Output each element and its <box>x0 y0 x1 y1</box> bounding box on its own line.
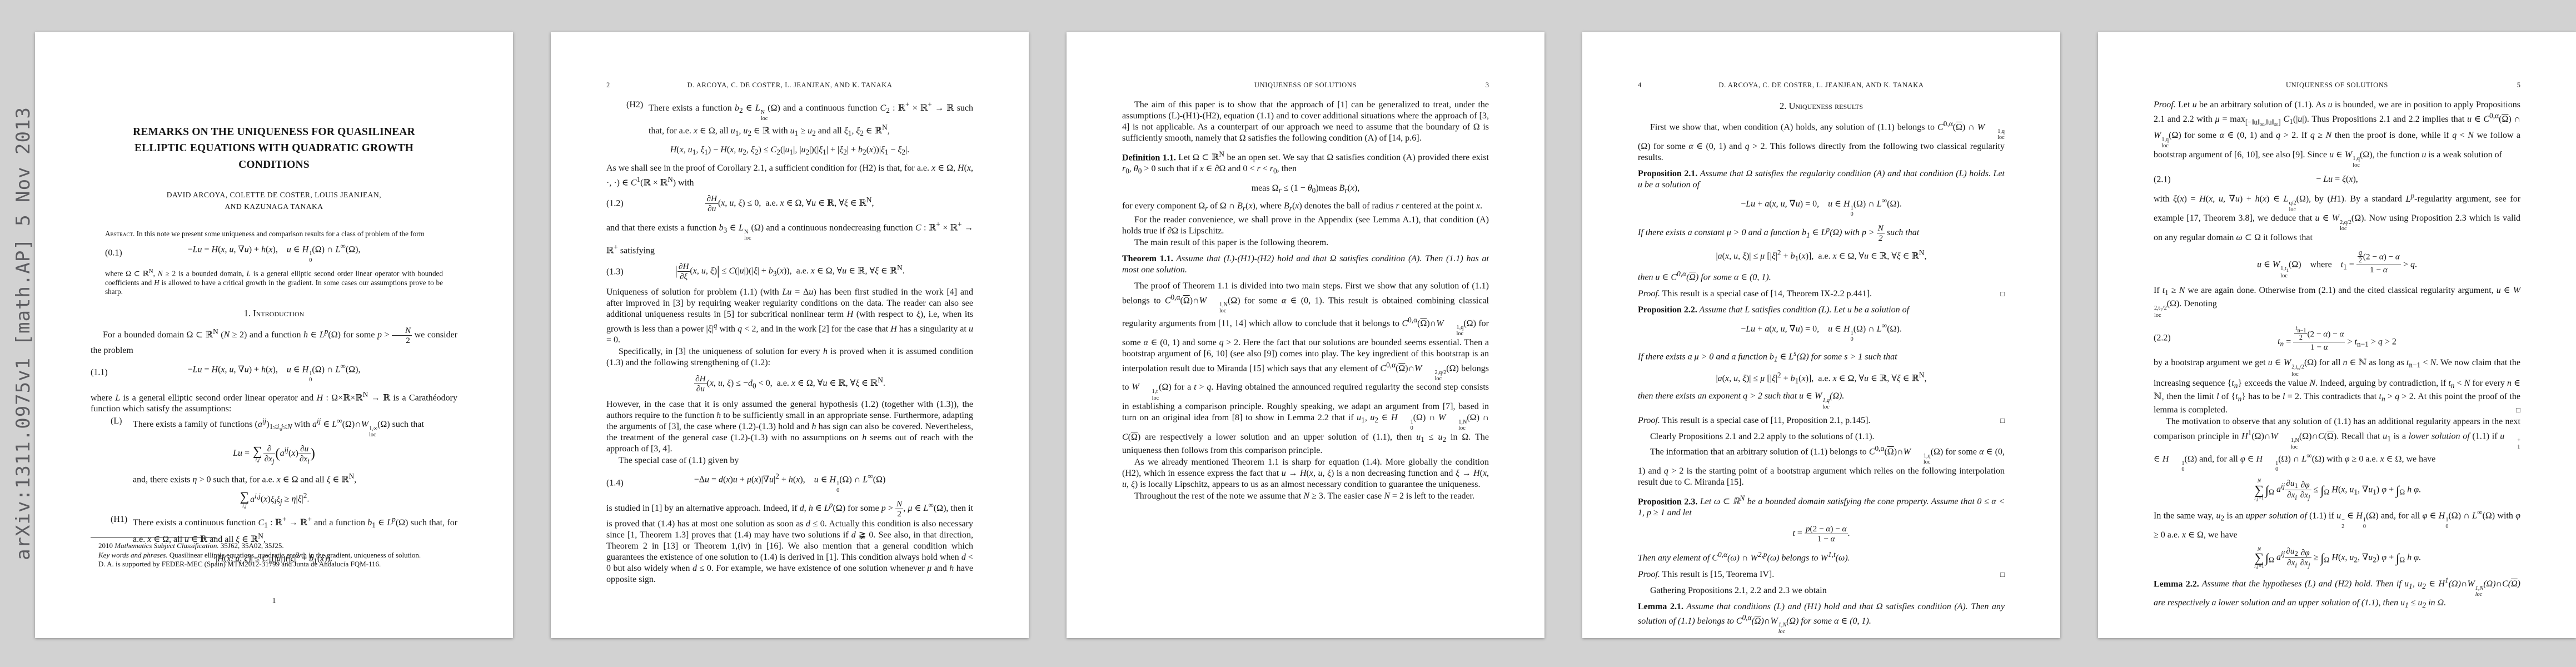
equation-tag: (2.1) <box>2154 174 2171 185</box>
item-text: There exists a family of functions (aij)… <box>133 420 424 429</box>
proof-text: Let u be an arbitrary solution of (1.1).… <box>2154 100 2520 160</box>
equation-tag: (1.3) <box>606 266 624 277</box>
display-equation: N∑i,j=1∫Ω aij∂u2∂xi∂φ∂xj ≥ ∫Ω H(x, u2, ∇… <box>2154 546 2520 569</box>
qed-symbol: □ <box>2000 569 2005 580</box>
display-equation: meas Ωr ≤ (1 − θ0)meas Br(x), <box>1122 183 1489 195</box>
screenshot-root: { "background": "#d2d2d2", "watermark": … <box>0 0 2576 667</box>
paragraph: However, in the case that it is only ass… <box>606 399 973 455</box>
paragraph: The main result of this paper is the fol… <box>1122 237 1489 248</box>
paragraph: then u ∈ C0,α(Ω) for some α ∈ (0, 1). <box>1638 268 2005 283</box>
paragraph: where L is a general elliptic second ord… <box>91 389 457 415</box>
theorem-block: Theorem 1.1. Assume that (L)-(H1)-(H2) h… <box>1122 253 1489 276</box>
display-equation: H(x, u1, ξ1) − H(x, u2, ξ2) ≤ C2(|u1|, |… <box>606 145 973 157</box>
equation-content: t = p(2 − α) − α1 − α. <box>1792 524 1850 544</box>
proof-text: This result is a special case of [11, Pr… <box>1660 416 1871 425</box>
equation-content: −Lu + a(x, u, ∇u) = 0, u ∈ H10(Ω) ∩ L∞(Ω… <box>1741 321 1902 343</box>
paper-authors: DAVID ARCOYA, COLETTE DE COSTER, LOUIS J… <box>91 190 457 213</box>
paragraph: Specifically, in [3] the uniqueness of s… <box>606 346 973 369</box>
equation-content: N∑i,j=1∫Ω aij∂u2∂xi∂φ∂xj ≥ ∫Ω H(x, u2, ∇… <box>2253 546 2421 569</box>
footnote-line: Key words and phrases. Quasilinear ellip… <box>91 551 457 560</box>
running-header: UNIQUENESS OF SOLUTIONS5 <box>2154 81 2520 89</box>
qed-symbol: □ <box>2516 405 2520 416</box>
theorem-block: Proposition 2.3. Let ω ⊂ ℝN be a bounded… <box>1638 493 2005 519</box>
running-head-title: UNIQUENESS OF SOLUTIONS <box>2179 81 2495 89</box>
paragraph: If there exists a constant μ > 0 and a f… <box>1638 223 2005 243</box>
paragraph: by a bootstrap argument we get u ∈ W2,tn… <box>2154 357 2520 416</box>
section-heading: 2. Uniqueness results <box>1638 101 2005 112</box>
equation-content: −Lu = H(x, u, ∇u) + h(x), u ∈ H10(Ω) ∩ L… <box>188 242 361 263</box>
page-2: 2D. ARCOYA, C. DE COSTER, L. JEANJEAN, A… <box>551 32 1029 638</box>
theorem-label: Proposition 2.3. <box>1638 497 1697 506</box>
display-equation: |a(x, u, ξ)| ≤ μ [|ξ|2 + b1(x)], a.e. x … <box>1638 371 2005 386</box>
display-equation: |a(x, u, ξ)| ≤ μ [|ξ|2 + b1(x)], a.e. x … <box>1638 248 2005 263</box>
paragraph: The proof of Theorem 1.1 is divided into… <box>1122 281 1489 456</box>
equation-content: tn = tn−12(2 − α) − α1 − α > tn−1 > q > … <box>2278 325 2396 352</box>
equation-content: |∂H∂ξ(x, u, ξ)| ≤ C(|u|)(|ξ| + b3(x)), a… <box>675 262 904 281</box>
paragraph: The special case of (1.1) given by <box>606 455 973 466</box>
qed-symbol: □ <box>2000 415 2005 426</box>
arxiv-watermark: arXiv:1311.0975v1 [math.AP] 5 Nov 2013 <box>12 107 34 560</box>
page-5: UNIQUENESS OF SOLUTIONS5Proof. Let u be … <box>2098 32 2576 638</box>
running-head-title: D. ARCOYA, C. DE COSTER, L. JEANJEAN, AN… <box>1663 81 1979 89</box>
paragraph: The motivation to observe that any solut… <box>2154 416 2520 473</box>
header-page-number-right: 5 <box>2495 81 2520 89</box>
equation-content: ∑i,jai,j(x)ξiξj ≥ η|ξ|2. <box>239 491 310 508</box>
equation-content: ∂H∂u(x, u, ξ) ≤ 0, a.e. x ∈ Ω, ∀u ∈ ℝ, ∀… <box>705 194 874 213</box>
hypothesis-item: (H2)There exists a function b2 ∈ LNloc(Ω… <box>606 99 973 139</box>
display-equation: (1.3)|∂H∂ξ(x, u, ξ)| ≤ C(|u|)(|ξ| + b3(x… <box>606 262 973 281</box>
equation-content: N∑i,j=1∫Ω aij∂u1∂xi∂φ∂xj ≤ ∫Ω H(x, u1, ∇… <box>2253 479 2421 501</box>
equation-content: meas Ωr ≤ (1 − θ0)meas Br(x), <box>1252 183 1360 195</box>
theorem-block: Definition 1.1. Let Ω ⊂ ℝN be an open se… <box>1122 149 1489 177</box>
header-page-number-right: 3 <box>1463 81 1489 89</box>
proof-block: Proof. This result is a special case of … <box>1638 288 2005 300</box>
paragraph: for every component Ωr of Ω ∩ Br(x), whe… <box>1122 201 1489 214</box>
running-header: 4D. ARCOYA, C. DE COSTER, L. JEANJEAN, A… <box>1638 81 2005 89</box>
qed-symbol: □ <box>2000 288 2005 300</box>
equation-tag: (2.2) <box>2154 333 2171 344</box>
display-equation: (1.2)∂H∂u(x, u, ξ) ≤ 0, a.e. x ∈ Ω, ∀u ∈… <box>606 194 973 213</box>
paragraph: is studied in [1] by an alternative appr… <box>606 499 973 585</box>
display-equation: Lu = ∑i,j∂∂xj(aij(x)∂u∂xi) <box>91 444 457 465</box>
footnote-line: D. A. is supported by FEDER-MEC (Spain) … <box>91 560 457 569</box>
proof-block: Proof. This result is [15, Teorema IV].□ <box>1638 569 2005 580</box>
display-equation: (0.1)−Lu = H(x, u, ∇u) + h(x), u ∈ H10(Ω… <box>105 242 443 263</box>
display-equation: (1.1)−Lu = H(x, u, ∇u) + h(x), u ∈ H10(Ω… <box>91 362 457 384</box>
page-inner: 2D. ARCOYA, C. DE COSTER, L. JEANJEAN, A… <box>551 32 1029 585</box>
theorem-text: Assume that L satisfies condition (L). L… <box>1697 305 1909 315</box>
theorem-label: Lemma 2.1. <box>1638 602 1683 611</box>
proof-block: Proof. Let u be an arbitrary solution of… <box>2154 99 2520 168</box>
paragraph: As we already mentioned Theorem 1.1 is s… <box>1122 457 1489 490</box>
equation-content: ∂H∂u(x, u, ξ) ≤ −d0 < 0, a.e. x ∈ Ω, ∀u … <box>694 374 885 394</box>
page-inner: 4D. ARCOYA, C. DE COSTER, L. JEANJEAN, A… <box>1582 32 2060 635</box>
section-heading: 1. Introduction <box>91 308 457 319</box>
paragraph: For the reader convenience, we shall pro… <box>1122 215 1489 237</box>
paragraph: then there exists an exponent q > 2 such… <box>1638 391 2005 410</box>
paragraph: Clearly Propositions 2.1 and 2.2 apply t… <box>1638 431 2005 442</box>
proof-label: Proof. <box>1638 289 1660 298</box>
equation-content: − Lu = ξ(x), <box>2316 174 2358 185</box>
equation-tag: (1.4) <box>606 477 624 488</box>
paragraph: First we show that, when condition (A) h… <box>1638 118 2005 163</box>
display-equation: N∑i,j=1∫Ω aij∂u1∂xi∂φ∂xj ≤ ∫Ω H(x, u1, ∇… <box>2154 479 2520 501</box>
footnote-block: 2010 Mathematics Subject Classification.… <box>91 537 457 569</box>
paragraph: The information that an arbitrary soluti… <box>1638 443 2005 488</box>
abstract-text: where Ω ⊂ ℝN, N ≥ 2 is a bounded domain,… <box>105 267 443 297</box>
proof-block: Proof. This result is a special case of … <box>1638 415 2005 426</box>
theorem-text: Assume that the hypotheses (L) and (H2) … <box>2154 579 2520 608</box>
theorem-label: Lemma 2.2. <box>2154 579 2199 589</box>
running-head-title: UNIQUENESS OF SOLUTIONS <box>1148 81 1463 89</box>
proof-label: Proof. <box>2154 100 2176 109</box>
display-equation: −Lu + a(x, u, ∇u) = 0, u ∈ H10(Ω) ∩ L∞(Ω… <box>1638 321 2005 343</box>
paragraph: As we shall see in the proof of Corollar… <box>606 163 973 188</box>
equation-content: −Lu = H(x, u, ∇u) + h(x), u ∈ H10(Ω) ∩ L… <box>188 362 361 384</box>
theorem-text: Assume that (L)-(H1)-(H2) hold and that … <box>1122 254 1489 275</box>
running-header: UNIQUENESS OF SOLUTIONS3 <box>1122 81 1489 89</box>
theorem-block: Lemma 2.1. Assume that conditions (L) an… <box>1638 601 2005 635</box>
paragraph: If there exists a μ > 0 and a function b… <box>1638 348 2005 365</box>
paragraph: In the same way, u2 is an upper solution… <box>2154 507 2520 541</box>
paragraph: If t1 ≥ N we are again done. Otherwise f… <box>2154 285 2520 319</box>
display-equation: u ∈ W1,t1loc(Ω) where t1 = q2(2 − α) − α… <box>2154 249 2520 280</box>
running-head-title: D. ARCOYA, C. DE COSTER, L. JEANJEAN, AN… <box>632 81 948 89</box>
page-4: 4D. ARCOYA, C. DE COSTER, L. JEANJEAN, A… <box>1582 32 2060 638</box>
theorem-block: Proposition 2.1. Assume that Ω satisfies… <box>1638 168 2005 191</box>
theorem-label: Theorem 1.1. <box>1122 254 1173 263</box>
theorem-label: Proposition 2.1. <box>1638 169 1697 178</box>
paper-title: REMARKS ON THE UNIQUENESS FOR QUASILINEA… <box>91 124 457 173</box>
theorem-label: Proposition 2.2. <box>1638 305 1697 315</box>
paragraph: The aim of this paper is to show that th… <box>1122 99 1489 144</box>
bottom-page-number: 1 <box>35 597 513 606</box>
paragraph: Then any element of C0,α(ω) ∩ W2,p(ω) be… <box>1638 549 2005 564</box>
theorem-text: Assume that conditions (L) and (H1) hold… <box>1638 602 2005 626</box>
equation-content: −Δu = d(x)u + μ(x)|∇u|2 + h(x), u ∈ H10(… <box>694 472 886 494</box>
hypothesis-item: (L)There exists a family of functions (a… <box>91 416 457 439</box>
theorem-label: Definition 1.1. <box>1122 153 1176 162</box>
paragraph: For a bounded domain Ω ⊂ ℝN (N ≥ 2) and … <box>91 326 457 356</box>
theorem-block: Proposition 2.2. Assume that L satisfies… <box>1638 305 2005 316</box>
item-continuation: and, there exists η > 0 such that, for a… <box>91 471 457 485</box>
item-label: (H1) <box>111 514 127 525</box>
abstract-text: Abstract. In this note we present some u… <box>105 230 443 239</box>
equation-content: |a(x, u, ξ)| ≤ μ [|ξ|2 + b1(x)], a.e. x … <box>1716 371 1926 386</box>
theorem-block: Lemma 2.2. Assume that the hypotheses (L… <box>2154 575 2520 611</box>
paragraph: Throughout the rest of the note we assum… <box>1122 491 1489 502</box>
equation-content: u ∈ W1,t1loc(Ω) where t1 = q2(2 − α) − α… <box>2257 249 2417 280</box>
equation-content: |a(x, u, ξ)| ≤ μ [|ξ|2 + b1(x)], a.e. x … <box>1716 248 1926 263</box>
equation-content: H(x, u1, ξ1) − H(x, u2, ξ2) ≤ C2(|u1|, |… <box>670 145 910 157</box>
header-page-number-left: 4 <box>1638 81 1663 89</box>
page-1: REMARKS ON THE UNIQUENESS FOR QUASILINEA… <box>35 32 513 638</box>
display-equation: (2.2)tn = tn−12(2 − α) − α1 − α > tn−1 >… <box>2154 325 2520 352</box>
proof-text: This result is [15, Teorema IV]. <box>1660 570 1774 579</box>
item-label: (L) <box>111 416 122 427</box>
running-header: 2D. ARCOYA, C. DE COSTER, L. JEANJEAN, A… <box>606 81 973 89</box>
proof-label: Proof. <box>1638 416 1660 425</box>
equation-tag: (1.2) <box>606 198 624 209</box>
header-page-number-left: 2 <box>606 81 632 89</box>
footnote-line: 2010 Mathematics Subject Classification.… <box>91 541 457 551</box>
page-3: UNIQUENESS OF SOLUTIONS3The aim of this … <box>1067 32 1544 638</box>
display-equation: (1.4)−Δu = d(x)u + μ(x)|∇u|2 + h(x), u ∈… <box>606 472 973 494</box>
display-equation: ∂H∂u(x, u, ξ) ≤ −d0 < 0, a.e. x ∈ Ω, ∀u … <box>606 374 973 394</box>
equation-tag: (0.1) <box>105 247 122 258</box>
page-inner: UNIQUENESS OF SOLUTIONS3The aim of this … <box>1067 32 1544 502</box>
item-label: (H2) <box>626 99 643 111</box>
equation-content: −Lu + a(x, u, ∇u) = 0, u ∈ H10(Ω) ∩ L∞(Ω… <box>1741 196 1902 218</box>
proof-label: Proof. <box>1638 570 1660 579</box>
equation-content: Lu = ∑i,j∂∂xj(aij(x)∂u∂xi) <box>233 444 315 465</box>
paragraph: and that there exists a function b3 ∈ LN… <box>606 219 973 256</box>
paragraph: Uniqueness of solution for problem (1.1)… <box>606 287 973 346</box>
paragraph: Gathering Propositions 2.1, 2.2 and 2.3 … <box>1638 585 2005 596</box>
paragraph: with ξ(x) = H(x, u, ∇u) + h(x) ∈ Lq/2loc… <box>2154 190 2520 243</box>
display-equation: −Lu + a(x, u, ∇u) = 0, u ∈ H10(Ω) ∩ L∞(Ω… <box>1638 196 2005 218</box>
page-inner: UNIQUENESS OF SOLUTIONS5Proof. Let u be … <box>2098 32 2576 611</box>
page-inner: REMARKS ON THE UNIQUENESS FOR QUASILINEA… <box>35 32 513 566</box>
proof-text: This result is a special case of [14, Th… <box>1660 289 1872 298</box>
display-equation: (2.1)− Lu = ξ(x), <box>2154 174 2520 185</box>
display-equation: ∑i,jai,j(x)ξiξj ≥ η|ξ|2. <box>91 491 457 508</box>
display-equation: t = p(2 − α) − α1 − α. <box>1638 524 2005 544</box>
item-text: There exists a function b2 ∈ LNloc(Ω) an… <box>649 103 973 136</box>
equation-tag: (1.1) <box>91 367 108 378</box>
theorem-text: Let Ω ⊂ ℝN be an open set. We say that Ω… <box>1122 153 1489 173</box>
footnote-rule <box>91 537 216 537</box>
